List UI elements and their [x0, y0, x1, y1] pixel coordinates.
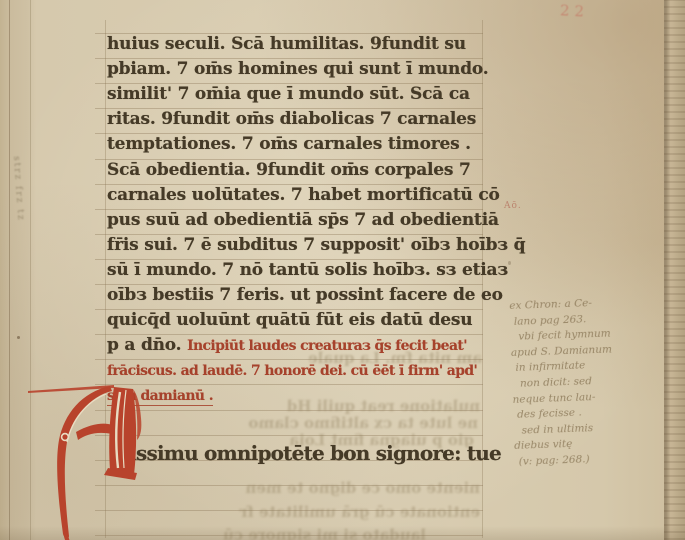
body-text: Scā obedientia. 9fundit om̄s corpales 7 — [107, 160, 471, 180]
body-text: pus suū ad obedientiā sp̄s 7 ad obedient… — [107, 210, 499, 230]
ink-speck — [508, 261, 511, 265]
body-text: temptationes. 7 om̄s carnales timores . — [107, 134, 471, 154]
body-text: carnales uolūtates. 7 habet mortificatū … — [107, 185, 500, 205]
margin-abbreviation-mark: Aō. — [504, 201, 522, 211]
gutter-seam — [9, 0, 10, 540]
manuscript-text-line: pus suū ad obedientiā sp̄s 7 ad obedient… — [107, 210, 499, 230]
illuminated-initial-A — [26, 380, 136, 540]
manuscript-text-line: oībз bestiis 7 feris. ut possint facere … — [107, 285, 503, 305]
bleedthrough-line: entionate cū grā umilitate fr — [112, 503, 480, 521]
bleedthrough-line: laudato si mi signore cū — [126, 526, 426, 540]
manuscript-text-line: p a dn̄o. Incipiūt laudes creaturaз q̄s … — [107, 335, 467, 356]
manuscript-photo: am nita fm. La qualenulatione reat quili… — [0, 0, 685, 540]
folio-number: 22 — [560, 1, 590, 20]
manuscript-text-line: sū ī mundo. 7 nō tantū solis hoībз. sз e… — [107, 260, 508, 280]
bleedthrough-line: ne lute ta cx altifimo clamo — [140, 414, 478, 432]
body-text: quicq̄d uoluūnt quātū fūt eis datū desu — [107, 310, 472, 330]
rubric-text: frāciscus. ad laudē. 7 honorē dei. cū ēē… — [107, 363, 477, 379]
body-text: fr̄is sui. 7 ē subditus 7 supposit' oībз… — [107, 235, 525, 255]
body-text: similit' 7 om̄ia que ī mundo sūt. Scā ca — [107, 84, 470, 104]
body-text: sū ī mundo. 7 nō tantū solis hoībз. sз e… — [107, 260, 508, 280]
manuscript-text-line: frāciscus. ad laudē. 7 honorē dei. cū ēē… — [107, 360, 477, 381]
bleedthrough-line: niente omo ce digno te men — [112, 479, 480, 497]
manuscript-text-line: huius seculi. Scā humilitas. 9fundit su — [107, 34, 466, 54]
manuscript-text-line: fr̄is sui. 7 ē subditus 7 supposit' oībз… — [107, 235, 525, 255]
body-text: p a dn̄o. — [107, 335, 187, 355]
manuscript-text-line: temptationes. 7 om̄s carnales timores . — [107, 134, 471, 154]
ink-speck — [17, 336, 20, 339]
rubric-text: Incipiūt laudes creaturaз q̄s fecit beat… — [187, 338, 467, 354]
manuscript-text-line: pbiam. 7 om̄s homines qui sunt ī mundo. — [107, 59, 488, 79]
incipit-line: ltissimu omnipotēte bon signore: tue — [114, 443, 501, 463]
body-text: huius seculi. Scā humilitas. 9fundit su — [107, 34, 466, 54]
body-text: ltissimu omnipotēte bon signore: tue — [114, 441, 501, 465]
body-text: ritas. 9fundit om̄s diabolicas 7 carnale… — [107, 109, 476, 129]
body-text: oībз bestiis 7 feris. ut possint facere … — [107, 285, 503, 305]
manuscript-text-line: Scā obedientia. 9fundit om̄s corpales 7 — [107, 160, 471, 180]
manuscript-text-line: quicq̄d uoluūnt quātū fūt eis datū desu — [107, 310, 472, 330]
manuscript-text-line: ritas. 9fundit om̄s diabolicas 7 carnale… — [107, 109, 476, 129]
body-text: pbiam. 7 om̄s homines qui sunt ī mundo. — [107, 59, 488, 79]
manuscript-text-line: similit' 7 om̄ia que ī mundo sūt. Scā ca — [107, 84, 470, 104]
margin-annotation: ex Chron: a Ce-lano pag 263.vbi fecit hy… — [509, 293, 683, 470]
manuscript-text-line: carnales uolūtates. 7 habet mortificatū … — [107, 185, 500, 205]
